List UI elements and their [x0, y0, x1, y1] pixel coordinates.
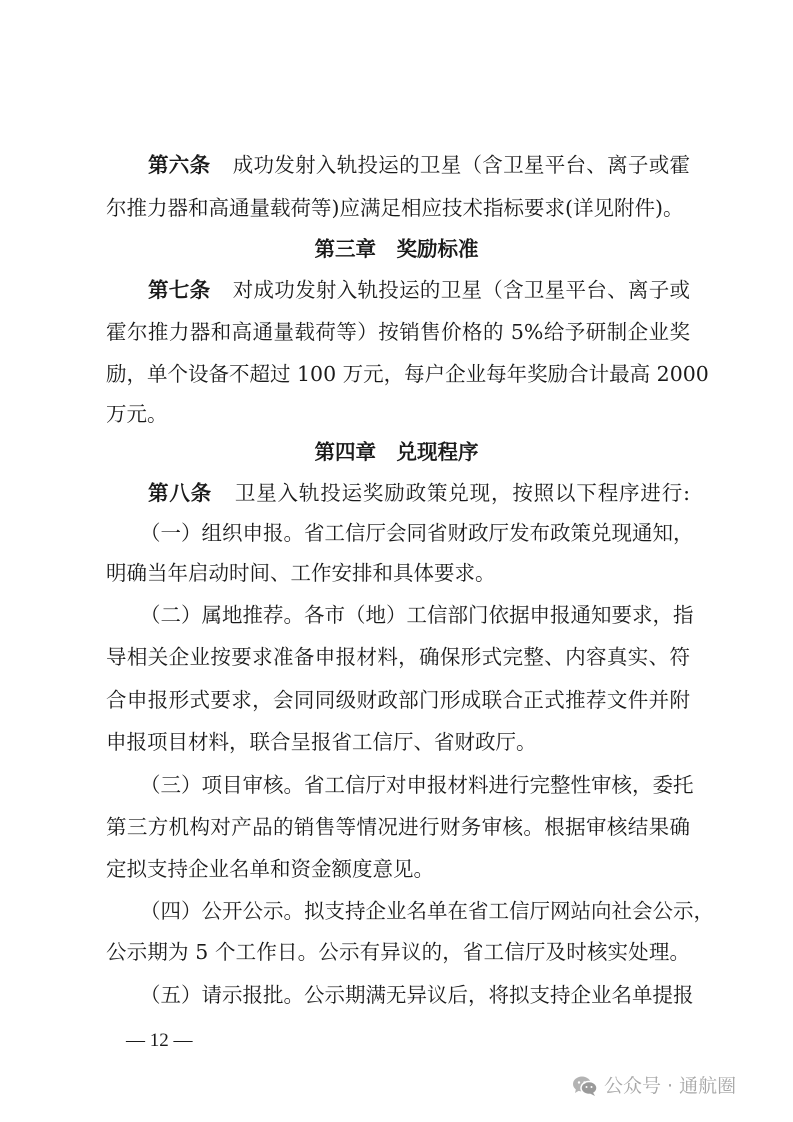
article6-text-1: 成功发射入轨投运的卫星（含卫星平台、离子或霍 [232, 153, 690, 177]
article6-line-1: 第六条成功发射入轨投运的卫星（含卫星平台、离子或霍 [148, 151, 690, 179]
step1-line-2: 明确当年启动时间、工作安排和具体要求。 [106, 559, 690, 587]
watermark: 公众号 · 通航圈 [572, 1072, 736, 1100]
step3-line-1: （三）项目审核。省工信厅对申报材料进行完整性审核，委托 [140, 771, 690, 799]
article8-text-1: 卫星入轨投运奖励政策兑现，按照以下程序进行: [234, 481, 690, 505]
article7-label: 第七条 [148, 278, 210, 302]
chapter4-heading: 第四章 兑现程序 [0, 438, 793, 466]
step3-line-2: 第三方机构对产品的销售等情况进行财务审核。根据审核结果确 [106, 813, 690, 841]
step4-line-1: （四）公开公示。拟支持企业名单在省工信厅网站向社会公示， [140, 897, 690, 925]
document-page: 第六条成功发射入轨投运的卫星（含卫星平台、离子或霍 尔推力器和高通量载荷等)应满… [0, 0, 793, 1122]
chapter3-heading: 第三章 奖励标准 [0, 235, 793, 263]
step2-line-4: 申报项目材料，联合呈报省工信厅、省财政厅。 [106, 728, 690, 756]
step3-line-3: 定拟支持企业名单和资金额度意见。 [106, 855, 690, 883]
page-number: — 12 — [126, 1029, 193, 1053]
article6-label: 第六条 [148, 153, 210, 177]
step2-line-2: 导相关企业按要求准备申报材料，确保形式完整、内容真实、符 [106, 643, 690, 671]
article7-line-3: 励，单个设备不超过 100 万元，每户企业每年奖励合计最高 2000 [106, 360, 690, 388]
watermark-text: 公众号 · 通航圈 [604, 1072, 736, 1100]
article8-label: 第八条 [148, 481, 212, 505]
article6-line-2: 尔推力器和高通量载荷等)应满足相应技术指标要求(详见附件)。 [106, 194, 690, 222]
step1-line-1: （一）组织申报。省工信厅会同省财政厅发布政策兑现通知， [140, 519, 690, 547]
step5-line-1: （五）请示报批。公示期满无异议后，将拟支持企业名单提报 [140, 981, 690, 1009]
article7-line-2: 霍尔推力器和高通量载荷等）按销售价格的 5%给予研制企业奖 [106, 318, 690, 346]
wechat-icon [572, 1075, 598, 1097]
step2-line-3: 合申报形式要求，会同同级财政部门形成联合正式推荐文件并附 [106, 686, 690, 714]
article7-line-1: 第七条对成功发射入轨投运的卫星（含卫星平台、离子或 [148, 276, 690, 304]
article7-text-1: 对成功发射入轨投运的卫星（含卫星平台、离子或 [232, 278, 690, 302]
article8-line-1: 第八条卫星入轨投运奖励政策兑现，按照以下程序进行: [148, 479, 690, 507]
step2-line-1: （二）属地推荐。各市（地）工信部门依据申报通知要求，指 [140, 601, 690, 629]
step4-line-2: 公示期为 5 个工作日。公示有异议的，省工信厅及时核实处理。 [106, 938, 690, 966]
article7-line-4: 万元。 [106, 400, 690, 428]
